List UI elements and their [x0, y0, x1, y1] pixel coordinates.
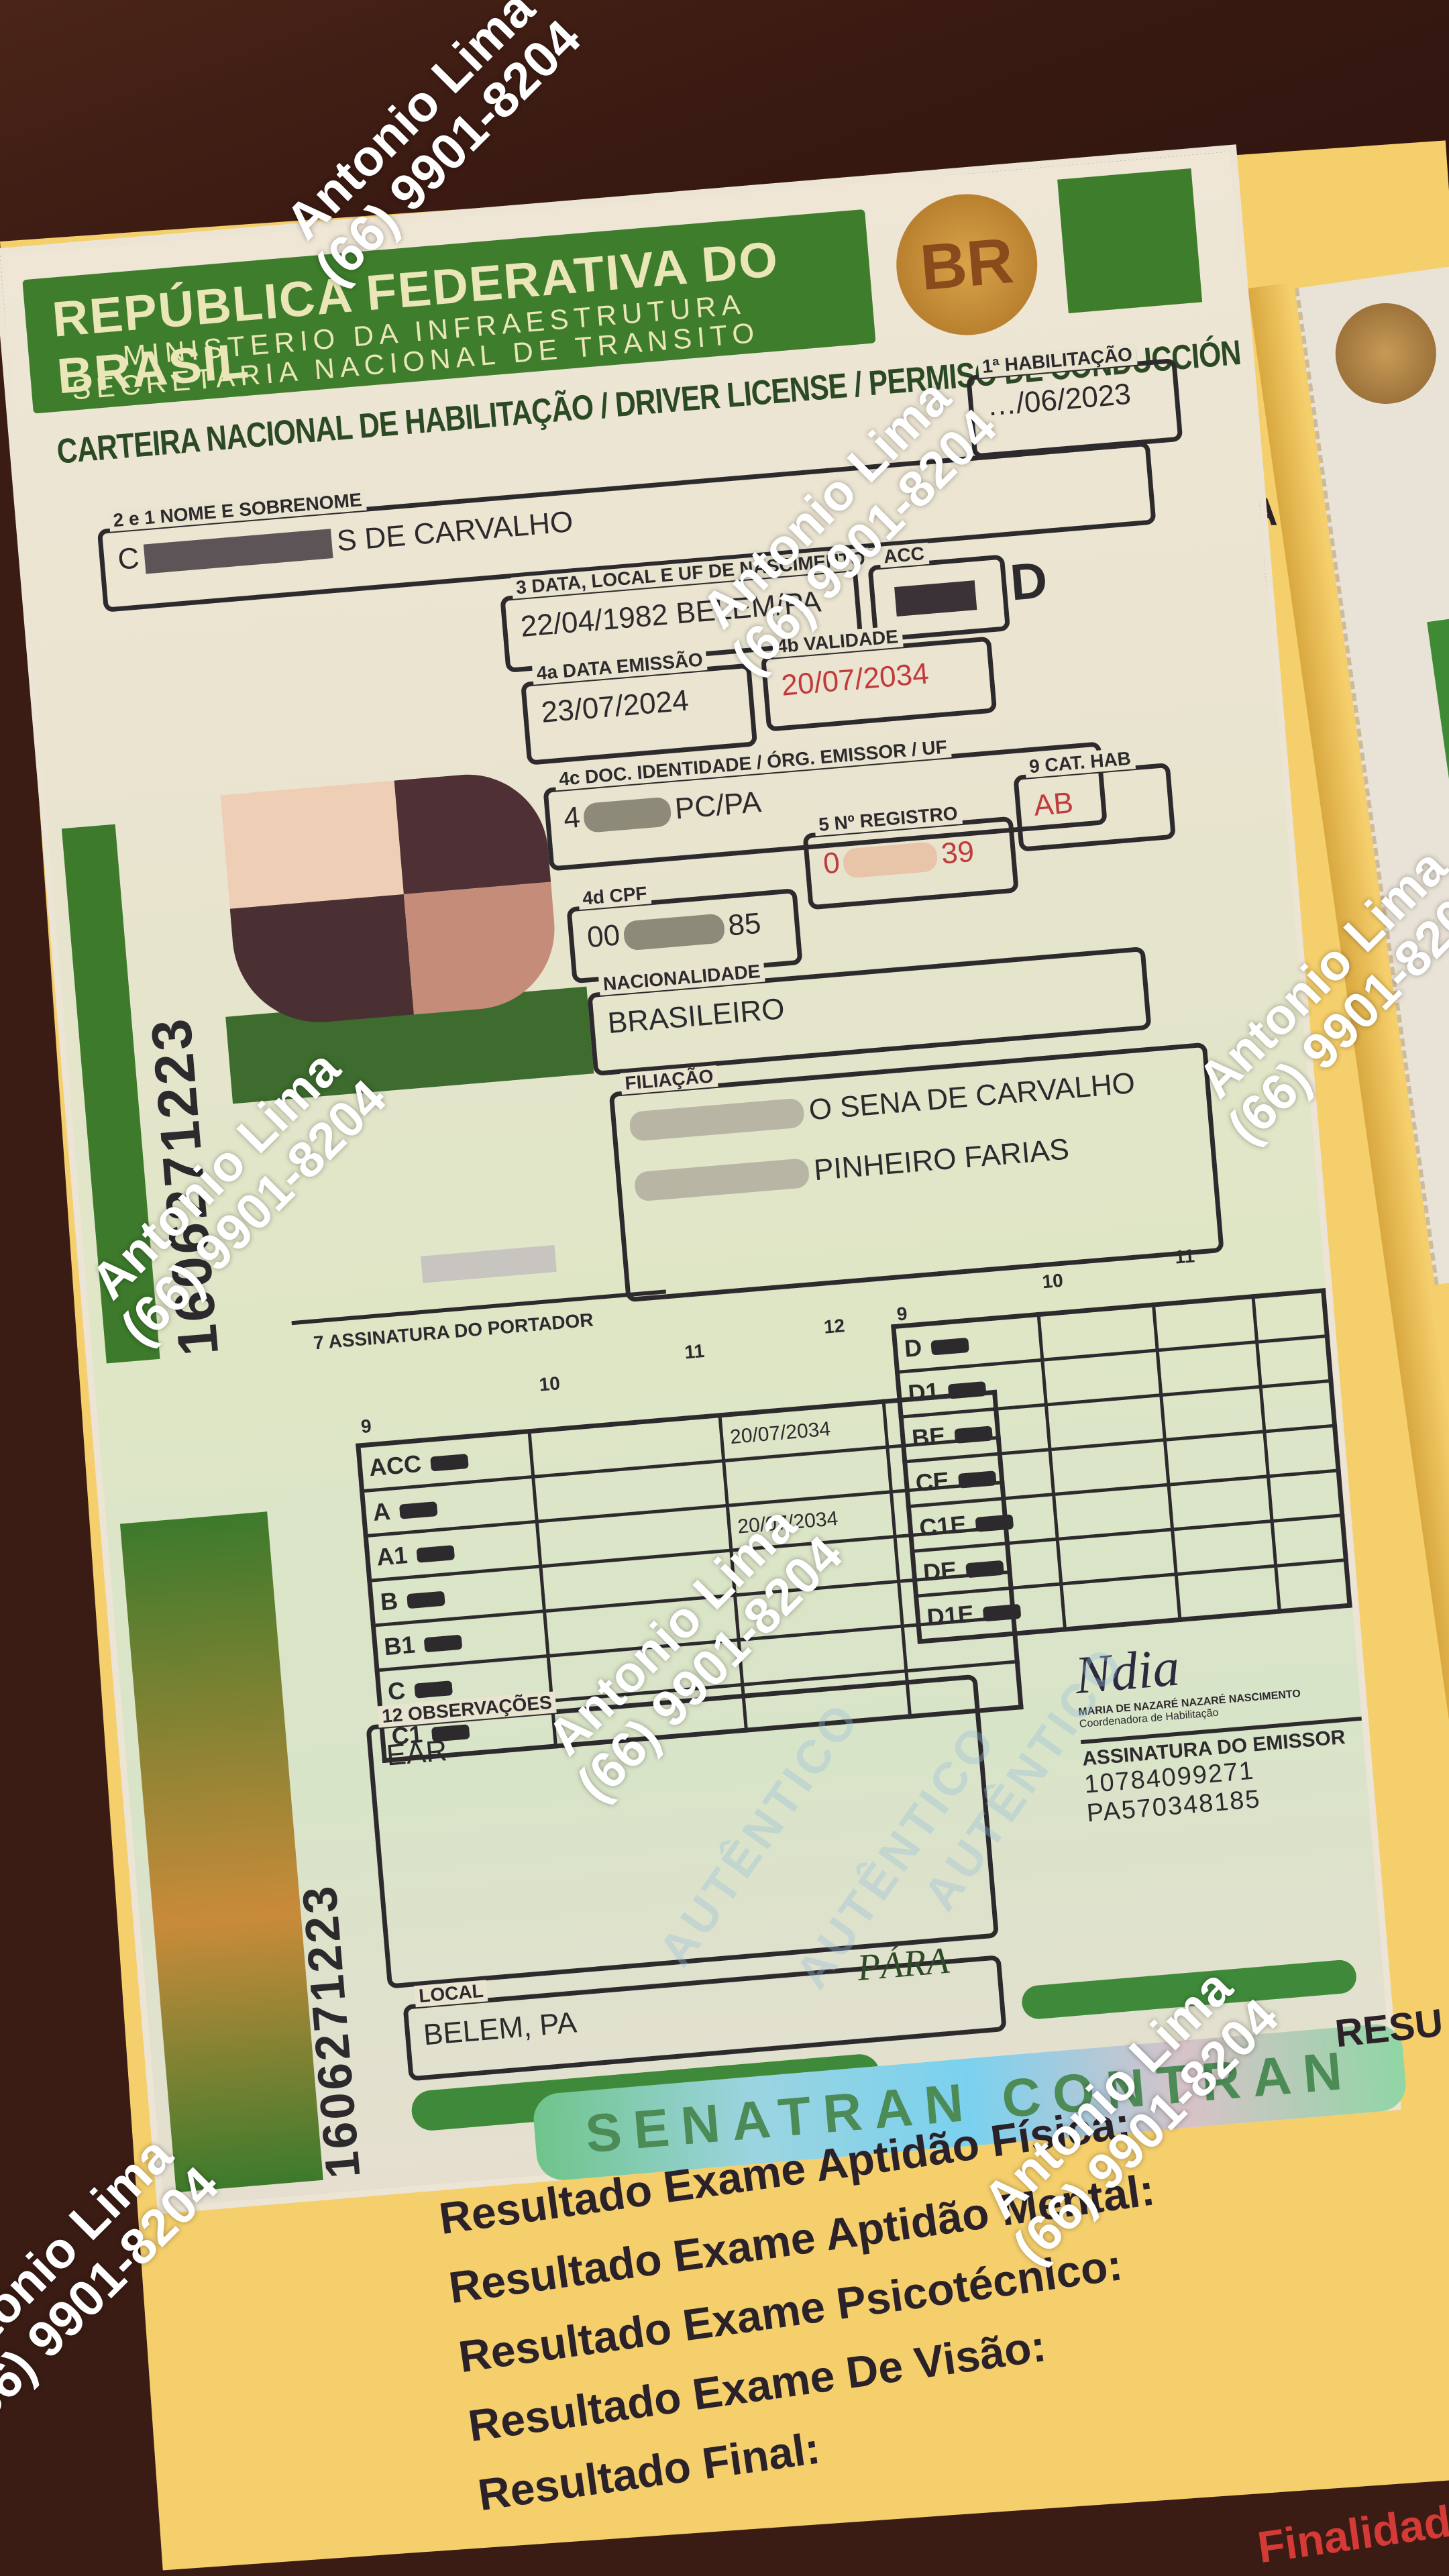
category-code: C — [387, 1676, 407, 1705]
redacted-registration — [843, 842, 938, 879]
category-validity — [1176, 1566, 1279, 1619]
redacted-acc — [894, 580, 977, 616]
motorcycle-icon — [399, 1502, 438, 1520]
scooter-icon — [417, 1546, 455, 1564]
coat-of-arms-icon — [1329, 297, 1442, 410]
redacted-mother — [634, 1158, 810, 1202]
redacted-signature — [421, 1245, 557, 1283]
category-code: BE — [911, 1421, 947, 1452]
redacted-cpf — [623, 914, 725, 951]
filiation-field: FILIAÇÃO O SENA DE CARVALHO PINHEIRO FAR… — [609, 1042, 1224, 1303]
state-name: PÁRA — [856, 1939, 951, 1990]
redacted-father — [629, 1098, 805, 1142]
category-code: CE — [914, 1466, 950, 1497]
category-validity — [1169, 1477, 1272, 1529]
category-validity — [1172, 1521, 1275, 1574]
category-code: D1E — [926, 1600, 975, 1631]
tricycle-icon — [424, 1635, 463, 1653]
bus-icon — [930, 1338, 969, 1356]
category-code: D1 — [907, 1377, 940, 1407]
br-seal-icon: BR — [891, 189, 1043, 341]
registration-field: 5 Nº REGISTRO 039 — [802, 816, 1018, 910]
category-code: C1E — [918, 1510, 967, 1542]
redacted-id — [583, 797, 672, 834]
category-validity — [1153, 1297, 1256, 1350]
bus-trailer-icon — [965, 1560, 1004, 1578]
issue-date-field: 4a DATA EMISSÃO 23/07/2024 — [521, 663, 757, 765]
category-validity — [1165, 1432, 1268, 1485]
category-code: A1 — [376, 1541, 409, 1571]
minibus-trailer-icon — [983, 1604, 1022, 1622]
moped-icon — [430, 1454, 469, 1472]
validity-field: 4b VALIDADE 20/07/2034 — [761, 636, 997, 731]
category-letter: D — [1008, 551, 1050, 612]
minibus-icon — [948, 1381, 987, 1399]
categories-table-right: DD1BECEC1EDED1E — [891, 1288, 1352, 1644]
category-code: D — [903, 1334, 922, 1362]
redacted-name — [144, 529, 333, 574]
category-validity — [1157, 1342, 1260, 1395]
truck-icon — [414, 1681, 453, 1699]
car-icon — [407, 1591, 445, 1609]
light-truck-trailer-icon — [975, 1515, 1014, 1533]
category-field: 9 CAT. HAB AB — [1013, 763, 1176, 852]
category-validity — [1161, 1387, 1264, 1440]
green-corner-decoration — [1057, 168, 1202, 313]
category-code: ACC — [368, 1450, 422, 1481]
category-code: B — [379, 1587, 398, 1615]
category-code: B1 — [383, 1631, 416, 1661]
category-code: A — [372, 1497, 391, 1526]
car-trailer-icon — [954, 1426, 993, 1444]
finalidade-label: Finalidade — [1254, 2492, 1449, 2573]
truck-trailer-icon — [958, 1471, 997, 1489]
category-code: DE — [922, 1556, 957, 1587]
